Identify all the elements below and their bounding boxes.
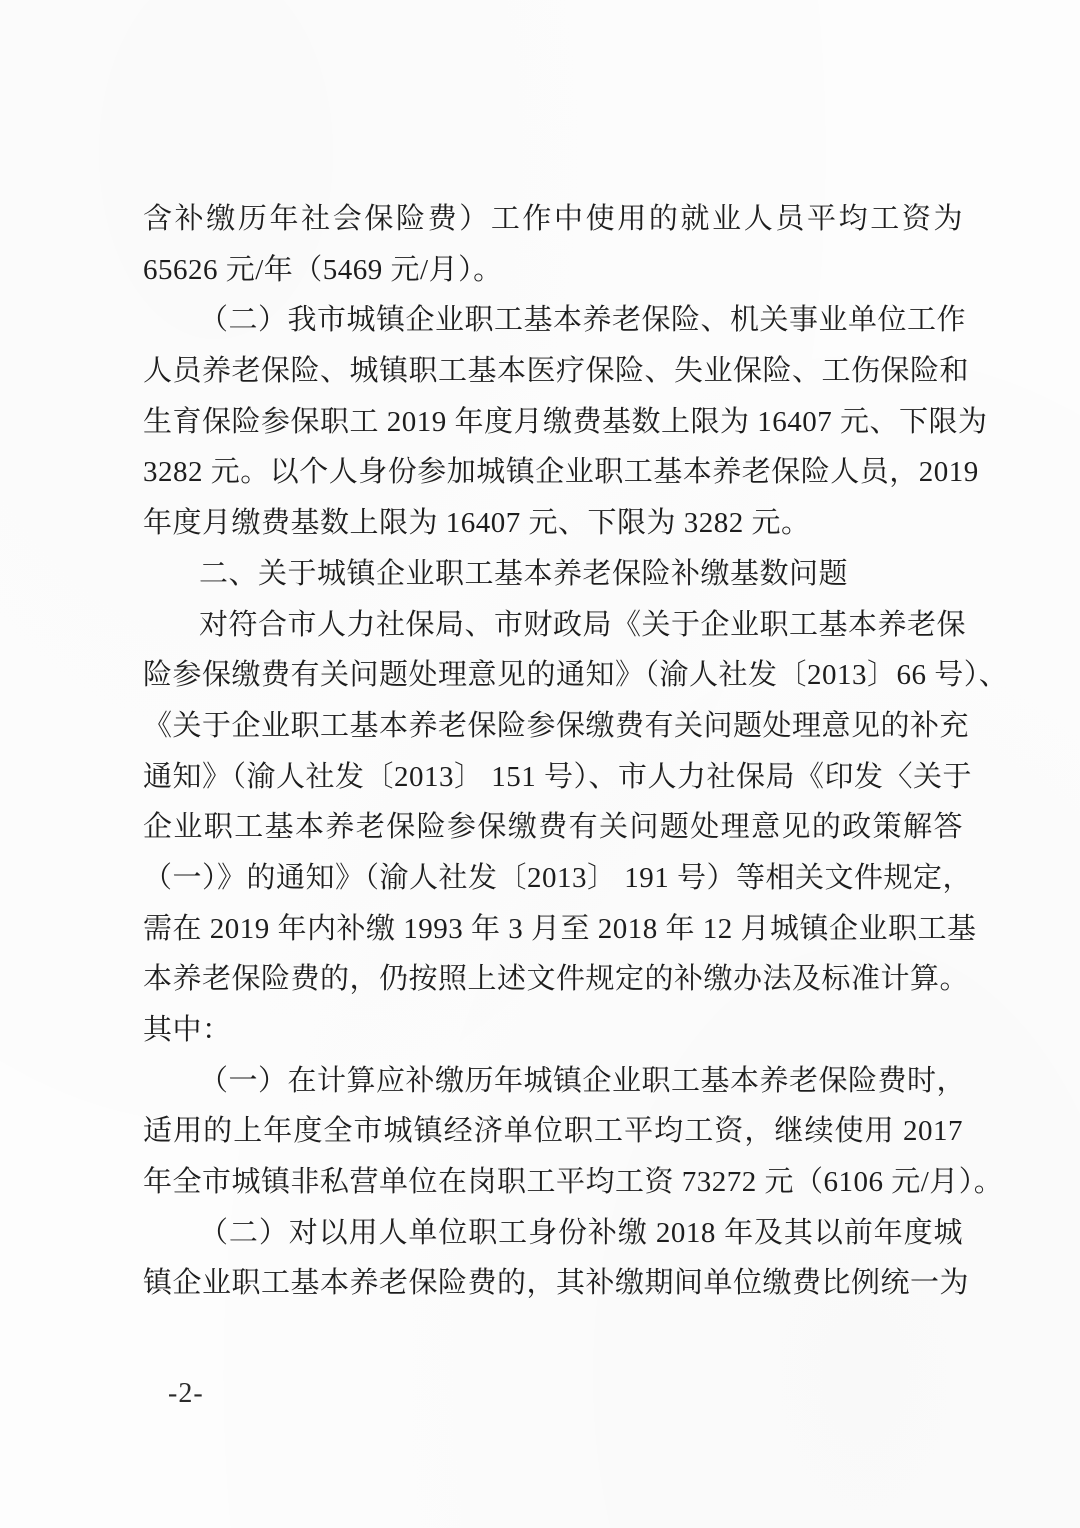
text-line: 生育保险参保职工 2019 年度月缴费基数上限为 16407 元、下限为 <box>143 397 963 448</box>
text-line: （二）对以用人单位职工身份补缴 2018 年及其以前年度城 <box>143 1208 963 1259</box>
text-line: 镇企业职工基本养老保险费的，其补缴期间单位缴费比例统一为 <box>143 1258 963 1309</box>
text-line: （二）我市城镇企业职工基本养老保险、机关事业单位工作 <box>143 295 963 346</box>
text-line: 需在 2019 年内补缴 1993 年 3 月至 2018 年 12 月城镇企业… <box>143 904 963 955</box>
text-line: 二、关于城镇企业职工基本养老保险补缴基数问题 <box>143 549 963 600</box>
document-page: 含补缴历年社会保险费）工作中使用的就业人员平均工资为65626 元/年（5469… <box>0 0 1080 1528</box>
text-line: 年度月缴费基数上限为 16407 元、下限为 3282 元。 <box>143 498 963 549</box>
text-line: 含补缴历年社会保险费）工作中使用的就业人员平均工资为 <box>143 194 963 245</box>
text-line: 3282 元。以个人身份参加城镇企业职工基本养老保险人员，2019 <box>143 447 963 498</box>
page-number: -2- <box>168 1378 204 1410</box>
text-line: 险参保缴费有关问题处理意见的通知》（渝人社发〔2013〕66 号）、 <box>143 650 963 701</box>
text-line: 《关于企业职工基本养老保险参保缴费有关问题处理意见的补充 <box>143 701 963 752</box>
text-line: （一）在计算应补缴历年城镇企业职工基本养老保险费时， <box>143 1056 963 1107</box>
document-body: 含补缴历年社会保险费）工作中使用的就业人员平均工资为65626 元/年（5469… <box>143 194 963 1309</box>
text-line: 其中： <box>143 1005 963 1056</box>
text-line: 通知》（渝人社发〔2013〕 151 号）、市人力社保局《印发〈关于 <box>143 752 963 803</box>
text-line: 年全市城镇非私营单位在岗职工平均工资 73272 元（6106 元/月）。 <box>143 1157 963 1208</box>
text-line: （一）》的通知》（渝人社发〔2013〕 191 号）等相关文件规定， <box>143 853 963 904</box>
text-line: 本养老保险费的，仍按照上述文件规定的补缴办法及标准计算。 <box>143 954 963 1005</box>
text-line: 对符合市人力社保局、市财政局《关于企业职工基本养老保 <box>143 600 963 651</box>
text-line: 人员养老保险、城镇职工基本医疗保险、失业保险、工伤保险和 <box>143 346 963 397</box>
text-line: 适用的上年度全市城镇经济单位职工平均工资，继续使用 2017 <box>143 1106 963 1157</box>
text-line: 企业职工基本养老保险参保缴费有关问题处理意见的政策解答 <box>143 802 963 853</box>
text-line: 65626 元/年（5469 元/月）。 <box>143 245 963 296</box>
